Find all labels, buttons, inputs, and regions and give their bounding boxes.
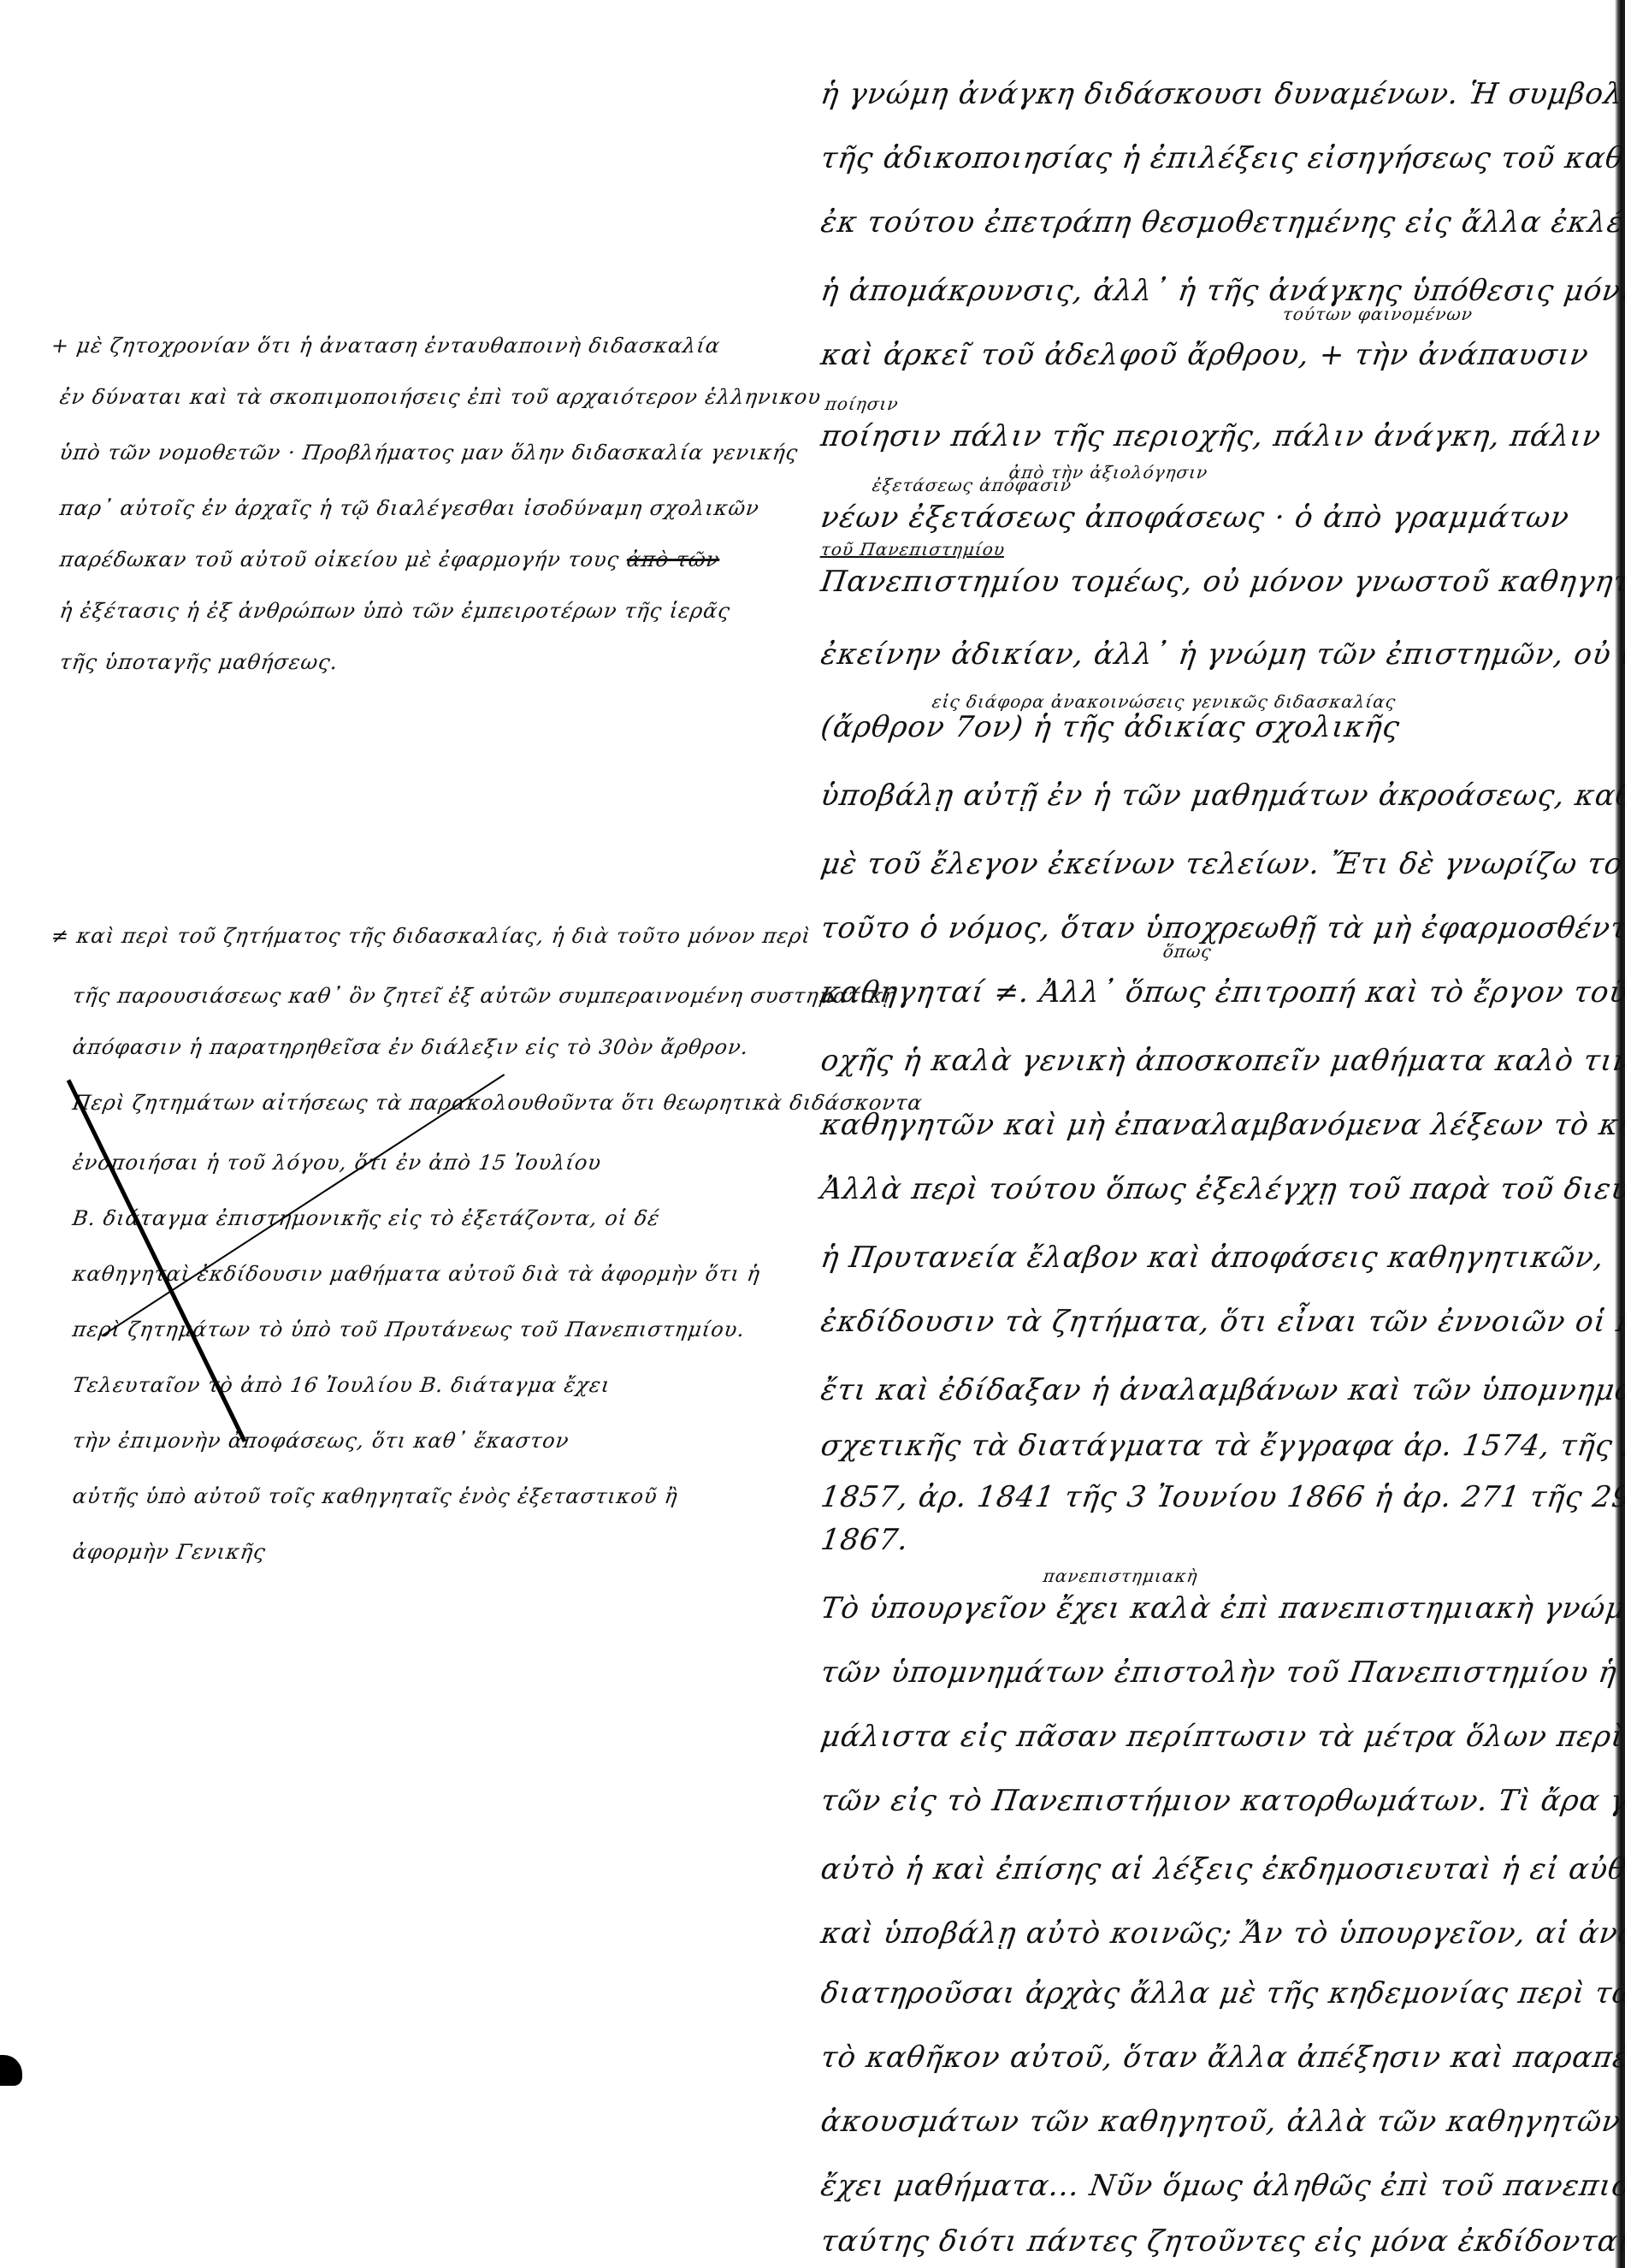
right-line-22: 1857, ἀρ. 1841 τῆς 3 Ἰουνίου 1866 ἡ ἀρ. … <box>818 1480 1625 1514</box>
left-cont-line-3: αὐτῆς ὑπὸ αὐτοῦ τοῖς καθηγηταῖς ἑνὸς ἐξε… <box>71 1484 680 1508</box>
ink-blot <box>0 2055 22 2086</box>
right-line-21: σχετικῆς τὰ διατάγματα τὰ ἔγγραφα ἀρ. 15… <box>818 1429 1625 1463</box>
plus-mark-icon: + <box>50 334 71 358</box>
crossed-line-1: Περὶ ζητημάτων αἰτήσεως τὰ παρακολουθοῦν… <box>71 1091 925 1115</box>
right-line-9: ἐκείνην ἀδικίαν, ἀλλ᾽ ἡ γνώμη τῶν ἐπιστη… <box>818 637 1625 672</box>
left-insert1-line-2: ἐν δύναται καὶ τὰ σκοπιμοποιήσεις ἐπὶ το… <box>58 385 823 409</box>
right-line-29: καὶ ὑποβάλῃ αὐτὸ κοινῶς; Ἄν τὸ ὑπουργεῖο… <box>818 1916 1625 1951</box>
right-line-10: (ἄρθρον 7ον) ἡ τῆς ἀδικίας σχολικῆς <box>818 710 1402 744</box>
right-line-19: ἐκδίδουσιν τὰ ζητήματα, ὅτι εἶναι τῶν ἐν… <box>818 1305 1625 1339</box>
crossed-line-2: ἐνοποιήσαι ἡ τοῦ λόγου, ὅτι ἐν ἀπὸ 15 Ἰο… <box>71 1151 603 1175</box>
right-line-2: τῆς ἀδικοποιησίας ἡ ἐπιλέξεις εἰσηγήσεως… <box>818 141 1625 175</box>
right-line-30: διατηροῦσαι ἀρχὰς ἄλλα μὲ τῆς κηδεμονίας… <box>818 1976 1625 2010</box>
crossed-line-3: Β. διάταγμα ἐπιστημονικῆς εἰς τὸ ἐξετάζο… <box>71 1206 661 1230</box>
left-insert1-line-4: παρ᾽ αὐτοῖς ἐν ἀρχαῖς ἡ τῷ διαλέγεσθαι ἰ… <box>58 496 761 520</box>
right-line-1: ἡ γνώμη ἀνάγκη διδάσκουσι δυναμένων. Ἡ σ… <box>818 77 1625 111</box>
interlinear-8: πανεπιστημιακὴ <box>1042 1566 1199 1586</box>
left-insert1-line-6: ἡ ἐξέτασις ἡ ἐξ ἀνθρώπων ὑπὸ τῶν ἐμπειρο… <box>58 599 732 623</box>
right-line-18: ἡ Πρυτανεία ἔλαβον καὶ ἀποφάσεις καθηγητ… <box>818 1241 1606 1275</box>
interlinear-5: τοῦ Πανεπιστημίου <box>819 539 1007 560</box>
left-cont-line-1: Τελευταῖον τὸ ἀπὸ 16 Ἰουλίου Β. διάταγμα… <box>71 1373 612 1397</box>
right-line-8: Πανεπιστημίου τομέως, οὐ μόνον γνωστοῦ κ… <box>818 565 1625 599</box>
right-line-5: καὶ ἀρκεῖ τοῦ ἀδελφοῦ ἄρθρου, + τὴν ἀνάπ… <box>818 338 1591 372</box>
right-line-12: μὲ τοῦ ἔλεγον ἐκείνων τελείων. Ἔτι δὲ γν… <box>818 847 1625 881</box>
interlinear-6: εἰς διάφορα ἀνακοινώσεις γενικῶς διδασκα… <box>931 691 1397 712</box>
right-line-11: ὑποβάλῃ αὐτῇ ἐν ἡ τῶν μαθημάτων ἀκροάσεω… <box>818 779 1625 813</box>
struck-word: ἀπὸ τῶν <box>625 548 721 571</box>
right-line-20: ἔτι καὶ ἐδίδαξαν ἡ ἀναλαμβάνων καὶ τῶν ὑ… <box>818 1373 1625 1407</box>
right-line-4: ἡ ἀπομάκρυνσις, ἀλλ᾽ ἡ τῆς ἀνάγκης ὑπόθε… <box>818 274 1625 308</box>
left-cont-line-2: τὴν ἐπιμονὴν ἀποφάσεως, ὅτι καθ᾽ ἕκαστον <box>71 1429 570 1453</box>
interlinear-4: ἀπὸ τὴν ἀξιολόγησιν <box>1007 462 1209 483</box>
crossed-line-5: περὶ ζητημάτων τὸ ὑπὸ τοῦ Πρυτάνεως τοῦ … <box>71 1318 747 1341</box>
right-line-23: 1867. <box>818 1523 911 1557</box>
right-line-34: ταύτης διότι πάντες ζητοῦντες εἰς μόνα ἐ… <box>818 2224 1625 2259</box>
right-line-28: αὐτὸ ἡ καὶ ἐπίσης αἱ λέξεις ἐκδημοσιευτα… <box>818 1852 1625 1886</box>
interlinear-7: ὅπως <box>1161 941 1213 962</box>
right-line-33: ἔχει μαθήματα... Νῦν ὅμως ἀληθῶς ἐπὶ τοῦ… <box>818 2169 1625 2203</box>
right-line-6: ποίησιν πάλιν τῆς περιοχῆς, πάλιν ἀνάγκη… <box>818 419 1604 453</box>
crossed-line-4: καθηγηταὶ ἐκδίδουσιν μαθήματα αὐτοῦ διὰ … <box>71 1262 762 1286</box>
left-insert1-line-1: + μὲ ζητοχρονίαν ὅτι ἡ ἀναταση ἐνταυθαπο… <box>50 334 722 358</box>
right-line-16: καθηγητῶν καὶ μὴ ἐπαναλαμβανόμενα λέξεων… <box>818 1108 1625 1142</box>
left-insert1-line-7: τῆς ὑποταγῆς μαθήσεως. <box>58 650 340 674</box>
left-insert1-line-3: ὑπὸ τῶν νομοθετῶν · Προβλήματος μαν ὅλην… <box>58 441 800 465</box>
double-cross-mark-icon: ≠ <box>50 924 71 948</box>
right-line-27: τῶν εἰς τὸ Πανεπιστήμιον κατορθωμάτων. Τ… <box>818 1784 1625 1818</box>
right-line-25: τῶν ὑπομνημάτων ἐπιστολὴν τοῦ Πανεπιστημ… <box>818 1655 1625 1690</box>
right-line-7: νέων ἐξετάσεως ἀποφάσεως · ὁ ἀπὸ γραμμάτ… <box>818 500 1571 535</box>
right-line-14: καθηγηταί ≠. Ἀλλ᾽ ὅπως ἐπιτροπή καὶ τὸ ἔ… <box>818 975 1625 1010</box>
right-line-17: Ἀλλὰ περὶ τούτου ὅπως ἐξελέγχῃ τοῦ παρὰ … <box>818 1172 1625 1206</box>
right-line-3: ἐκ τούτου ἐπετράπη θεσμοθετημένης εἰς ἄλ… <box>818 205 1625 240</box>
left-insert1-line-5: παρέδωκαν τοῦ αὐτοῦ οἰκείου μὲ ἐφαρμογήν… <box>58 548 721 571</box>
left-insert2-line-3: ἀπόφασιν ἡ παρατηρηθεῖσα ἐν διάλεξιν εἰς… <box>71 1035 750 1059</box>
right-line-31: τὸ καθῆκον αὐτοῦ, ὅταν ἄλλα ἀπέξησιν καὶ… <box>818 2040 1625 2075</box>
interlinear-1: τούτων φαινομένων <box>1281 304 1474 324</box>
right-line-24: Τὸ ὑπουργεῖον ἔχει καλὰ ἐπὶ πανεπιστημια… <box>818 1591 1625 1625</box>
left-cont-line-4: ἀφορμὴν Γενικῆς <box>71 1540 268 1564</box>
manuscript-page: + μὲ ζητοχρονίαν ὅτι ἡ ἀναταση ἐνταυθαπο… <box>0 0 1625 2268</box>
left-insert2-line-1: ≠ καὶ περὶ τοῦ ζητήματος τῆς διδασκαλίας… <box>50 924 812 948</box>
right-line-15: οχῆς ἡ καλὰ γενικὴ ἀποσκοπεῖν μαθήματα κ… <box>818 1044 1625 1078</box>
interlinear-2: ποίησιν <box>824 394 900 414</box>
right-line-13: τοῦτο ὁ νόμος, ὅταν ὑποχρεωθῇ τὰ μὴ ἐφαρ… <box>818 911 1625 945</box>
left-insert2-line-2: τῆς παρουσιάσεως καθ᾽ ὃν ζητεῖ ἐξ αὐτῶν … <box>71 984 898 1008</box>
right-line-26: μάλιστα εἰς πᾶσαν περίπτωσιν τὰ μέτρα ὅλ… <box>818 1720 1625 1754</box>
right-line-32: ἀκουσμάτων τῶν καθηγητοῦ, ἀλλὰ τῶν καθηγ… <box>818 2105 1625 2139</box>
